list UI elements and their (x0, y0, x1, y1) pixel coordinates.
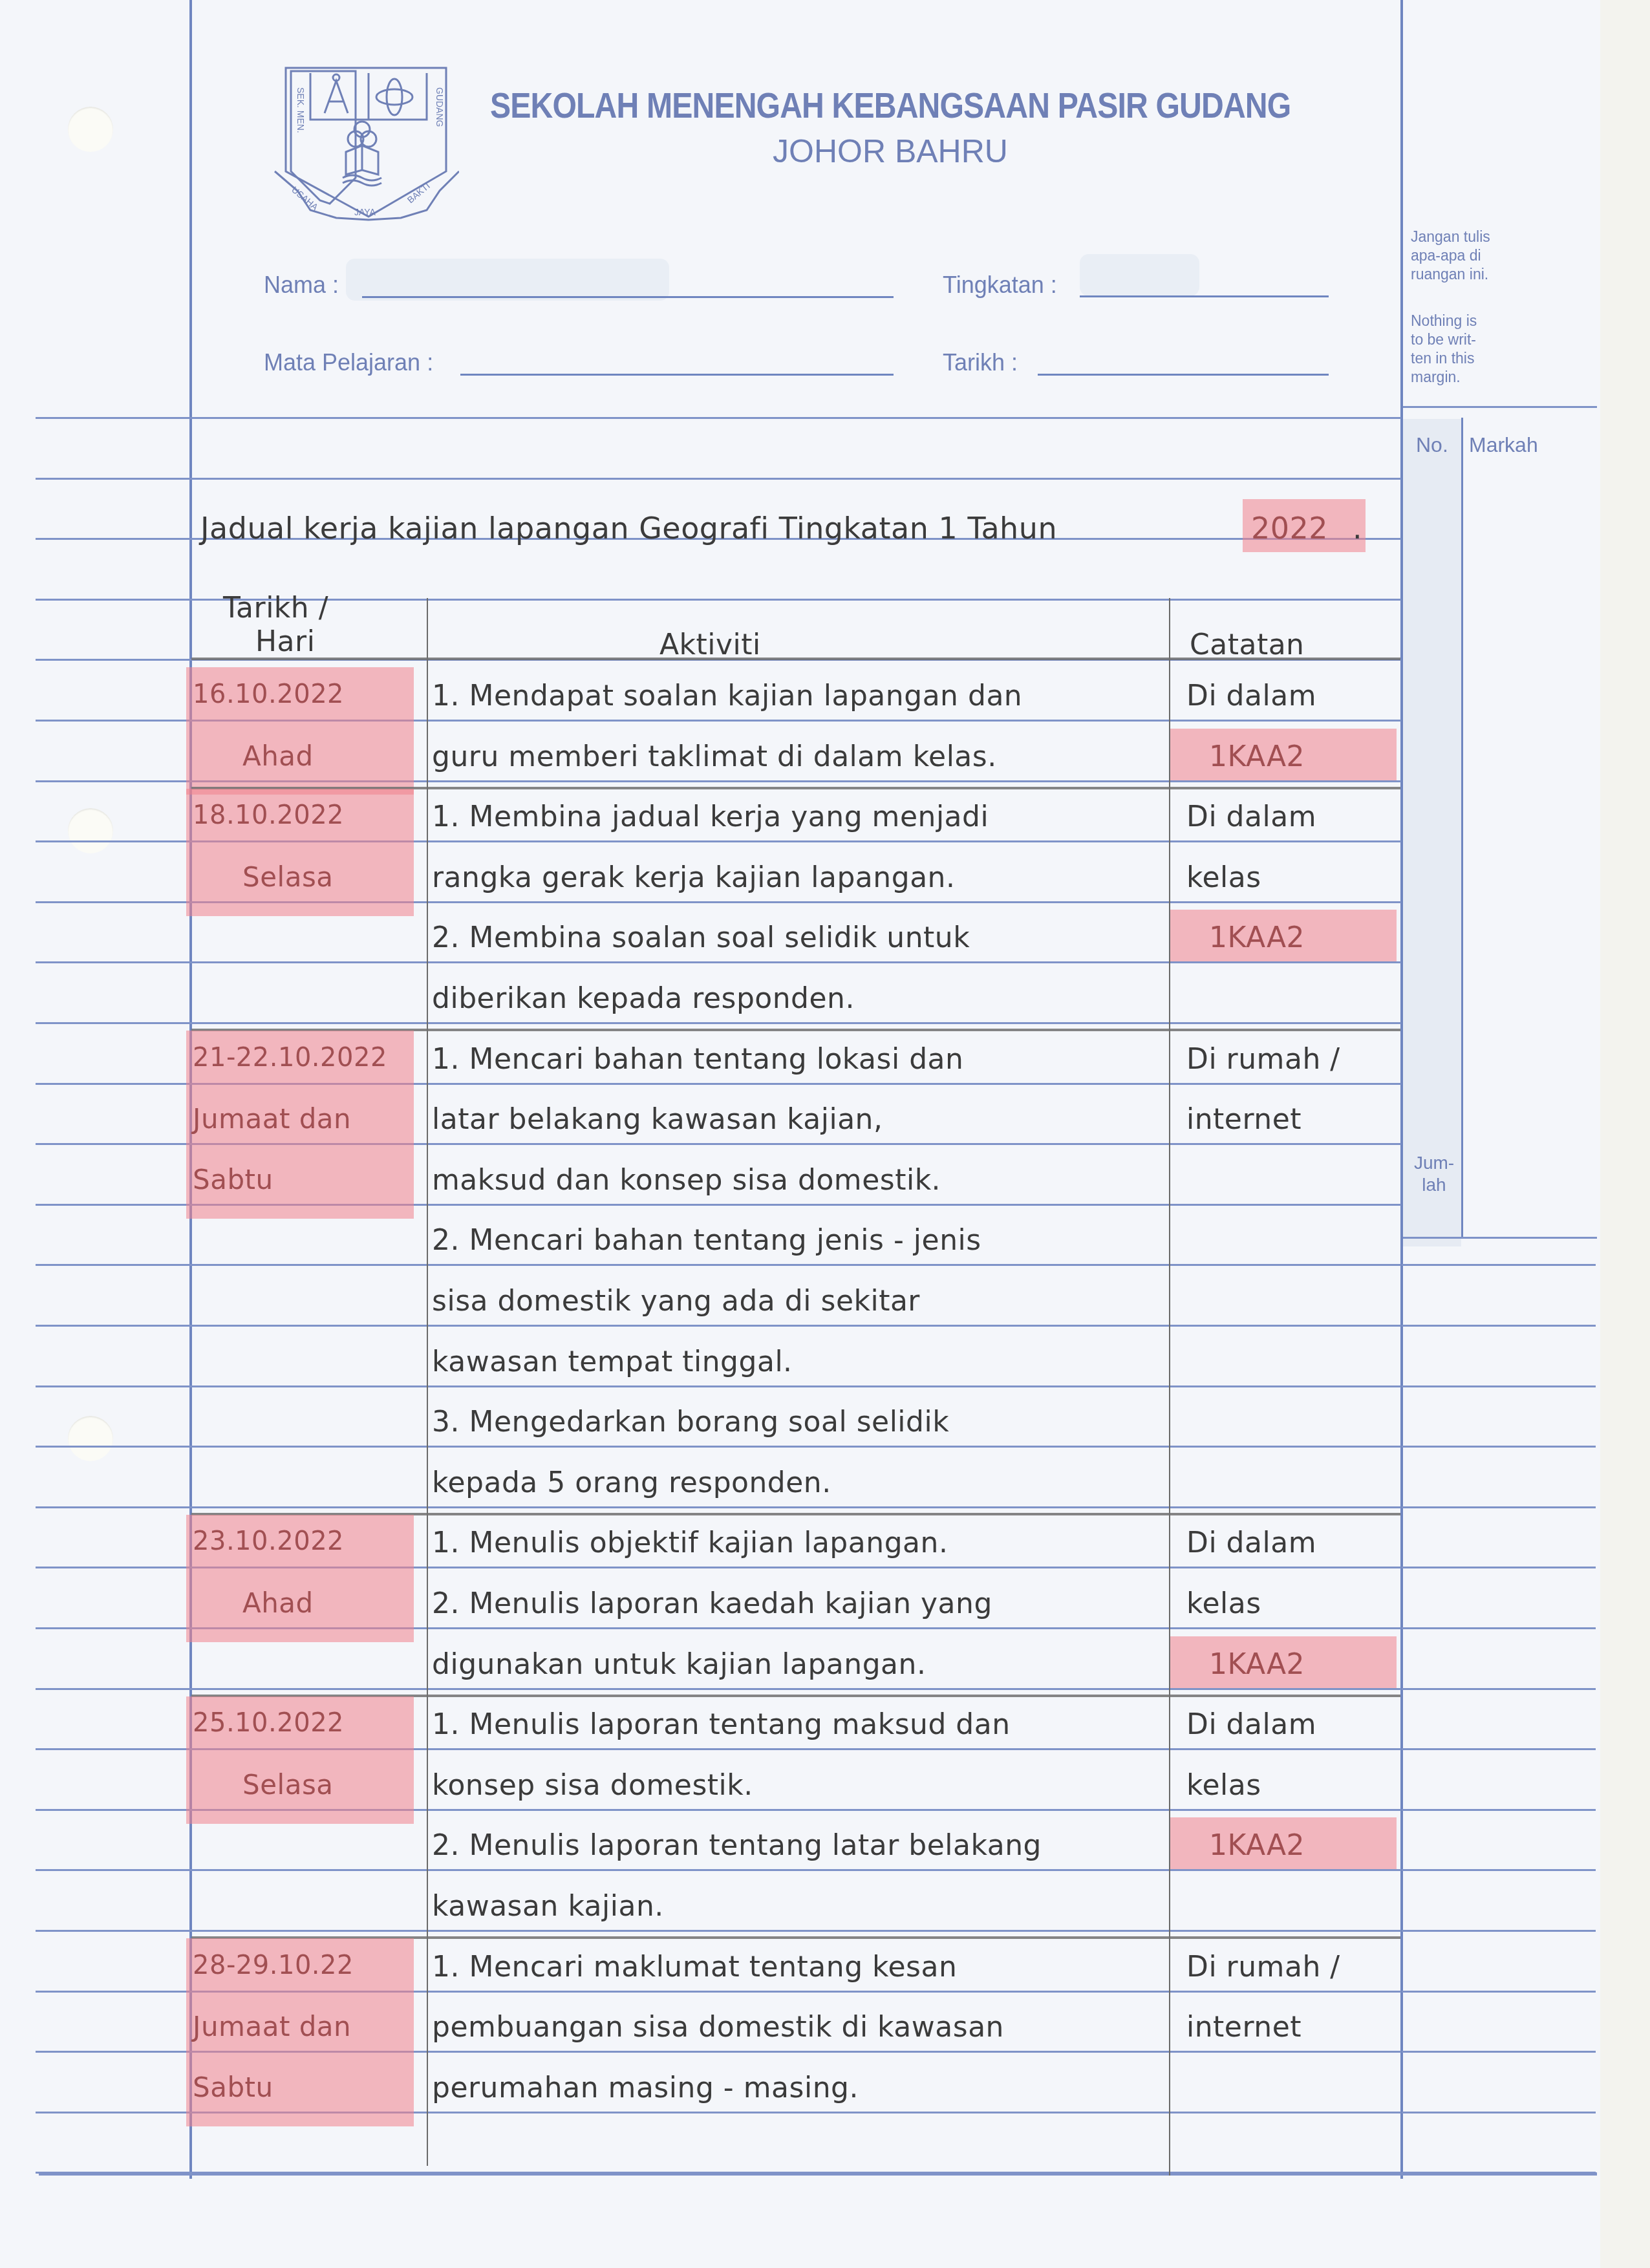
row-note: internet (1186, 1103, 1302, 1136)
row-note: 1KAA2 (1209, 1829, 1305, 1862)
row-note: 1KAA2 (1209, 1648, 1305, 1681)
ruled-line-margin (1402, 2112, 1596, 2113)
ruled-line-margin (1402, 1506, 1596, 1508)
ruled-line (36, 961, 1401, 963)
activity-line: 3. Mengedarkan borang soal selidik (432, 1406, 949, 1439)
ruled-line (36, 1022, 1401, 1024)
redacted-form (1080, 254, 1199, 296)
activity-line: diberikan kepada responden. (432, 982, 855, 1015)
ruled-line-margin (1402, 1264, 1596, 1266)
marks-number-column (1403, 419, 1461, 1246)
ruled-line (36, 1446, 1401, 1448)
ruled-line-margin (1402, 1748, 1596, 1750)
table-header-notes: Catatan (1190, 628, 1305, 661)
ruled-line-margin (1402, 1446, 1596, 1448)
subject-label: Mata Pelajaran : (264, 349, 433, 376)
ruled-line-margin (1402, 1809, 1596, 1811)
activity-line: 2. Membina soalan soal selidik untuk (432, 921, 970, 954)
svg-text:GUDANG: GUDANG (434, 87, 445, 127)
school-crest-icon: SEK. MEN. GUDANG USAHA JAYA BAKTI (272, 48, 459, 223)
ruled-line-margin (1402, 1627, 1596, 1629)
worksheet-page: SEK. MEN. GUDANG USAHA JAYA BAKTI SEKOLA… (0, 0, 1600, 2268)
form-label: Tingkatan : (943, 272, 1057, 299)
activity-line: kawasan kajian. (432, 1890, 664, 1923)
activity-line: kepada 5 orang responden. (432, 1466, 831, 1499)
activity-line: 1. Menulis objektif kajian lapangan. (432, 1526, 948, 1559)
table-header-activity: Aktiviti (659, 628, 761, 661)
activity-line: pembuangan sisa domestik di kawasan (432, 2011, 1004, 2044)
ruled-line (36, 1688, 1401, 1690)
ruled-line-margin (1402, 1869, 1596, 1871)
row-day: Ahad (242, 1587, 314, 1619)
school-name: SEKOLAH MENENGAH KEBANGSAAN PASIR GUDANG (490, 84, 1291, 126)
activity-line: 2. Mencari bahan tentang jenis - jenis (432, 1224, 981, 1257)
total-label: Jum-lah (1408, 1152, 1460, 1196)
table-divider-activity-notes (1169, 598, 1170, 2176)
ruled-line (36, 1506, 1401, 1508)
table-row-separator (191, 658, 1400, 660)
table-divider-date-activity (427, 598, 428, 2166)
row-day: Selasa (242, 861, 334, 893)
row-note: Di dalam (1186, 1708, 1316, 1741)
marks-box-bottom-line (1403, 1237, 1597, 1239)
svg-text:SEK. MEN.: SEK. MEN. (295, 87, 306, 133)
ruled-line-margin (1402, 1930, 1596, 1932)
row-day: Sabtu (193, 2071, 273, 2103)
activity-line: 1. Mencari maklumat tentang kesan (432, 1951, 957, 1984)
form-field[interactable] (1080, 295, 1329, 297)
punch-hole (68, 107, 113, 152)
row-note: 1KAA2 (1209, 740, 1305, 773)
activity-line: 2. Menulis laporan kaedah kajian yang (432, 1587, 992, 1620)
ruled-line (36, 417, 1401, 419)
margin-note-en: Nothing isto be writ-ten in thismargin. (1411, 312, 1477, 387)
punch-hole (68, 808, 113, 853)
date-label: Tarikh : (943, 349, 1018, 376)
row-day: Selasa (242, 1769, 334, 1801)
activity-line: maksud dan konsep sisa domestik. (432, 1164, 941, 1197)
activity-line: latar belakang kawasan kajian, (432, 1103, 883, 1136)
activity-line: konsep sisa domestik. (432, 1769, 753, 1802)
worksheet-title: Jadual kerja kajian lapangan Geografi Ti… (200, 511, 1057, 546)
table-header-date: Tarikh / Hari (223, 592, 328, 659)
name-label: Nama : (264, 272, 339, 299)
row-date: 21-22.10.2022 (193, 1043, 387, 1073)
row-date: 16.10.2022 (193, 679, 344, 709)
activity-line: guru memberi taklimat di dalam kelas. (432, 740, 997, 773)
row-note: internet (1186, 2011, 1302, 2044)
ruled-line-margin (1402, 1567, 1596, 1568)
activity-line: 1. Membina jadual kerja yang menjadi (432, 800, 989, 833)
ruled-line (36, 478, 1401, 480)
row-note: kelas (1186, 1587, 1261, 1620)
activity-line: 1. Mendapat soalan kajian lapangan dan (432, 679, 1022, 712)
marks-label: Markah (1469, 433, 1538, 457)
ruled-line (36, 1325, 1401, 1327)
ruled-line (36, 1930, 1401, 1932)
row-note: Di dalam (1186, 1526, 1316, 1559)
ruled-line (36, 1869, 1401, 1871)
row-note: Di dalam (1186, 679, 1316, 712)
title-period: . (1353, 511, 1362, 546)
row-date: 28-29.10.22 (193, 1951, 354, 1980)
ruled-line-margin (1402, 1325, 1596, 1327)
row-note: kelas (1186, 861, 1261, 894)
row-day: Jumaat dan (193, 1103, 351, 1135)
redacted-name (346, 259, 669, 301)
subject-field[interactable] (460, 374, 894, 376)
activity-line: 1. Menulis laporan tentang maksud dan (432, 1708, 1011, 1741)
row-date: 23.10.2022 (193, 1526, 344, 1556)
ruled-line (36, 1264, 1401, 1266)
row-day: Sabtu (193, 1164, 273, 1195)
row-date: 18.10.2022 (193, 800, 344, 830)
row-note: Di rumah / (1186, 1951, 1340, 1984)
row-day: Jumaat dan (193, 2011, 351, 2042)
row-note: 1KAA2 (1209, 921, 1305, 954)
marks-no-label: No. (1416, 433, 1448, 457)
ruled-line-margin (1402, 1991, 1596, 1993)
activity-line: sisa domestik yang ada di sekitar (432, 1285, 920, 1318)
row-note: kelas (1186, 1769, 1261, 1802)
punch-hole (68, 1416, 113, 1461)
ruled-line-margin (1402, 1385, 1596, 1387)
name-field[interactable] (362, 296, 894, 298)
margin-note-ms: Jangan tulisapa-apa diruangan ini. (1411, 228, 1490, 284)
activity-line: digunakan untuk kajian lapangan. (432, 1648, 926, 1681)
ruled-line-margin (1402, 1688, 1596, 1690)
svg-text:JAYA: JAYA (354, 207, 376, 217)
row-note: Di rumah / (1186, 1043, 1340, 1076)
ruled-line (36, 1385, 1401, 1387)
row-note: Di dalam (1186, 800, 1316, 833)
activity-line: perumahan masing - masing. (432, 2071, 859, 2104)
ruled-line-margin (1402, 2051, 1596, 2053)
marks-column-divider (1461, 418, 1463, 1237)
activity-line: 2. Menulis laporan tentang latar belakan… (432, 1829, 1042, 1862)
row-date: 25.10.2022 (193, 1708, 344, 1738)
activity-line: rangka gerak kerja kajian lapangan. (432, 861, 955, 894)
row-day: Ahad (242, 740, 314, 772)
school-city: JOHOR BAHRU (773, 133, 1008, 170)
title-year: 2022 (1251, 511, 1328, 546)
activity-line: kawasan tempat tinggal. (432, 1345, 793, 1378)
activity-line: 1. Mencari bahan tentang lokasi dan (432, 1043, 963, 1076)
date-field[interactable] (1038, 374, 1329, 376)
marks-box-top-line (1403, 406, 1597, 408)
bottom-rule (39, 2172, 1597, 2176)
